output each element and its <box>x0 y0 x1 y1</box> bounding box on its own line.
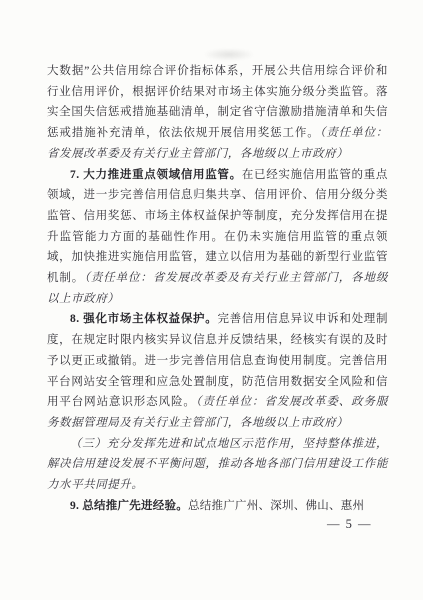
page-number: — 5 — <box>327 517 372 532</box>
paragraph-continuation: 大数据”公共信用综合评价指标体系，开展公共信用综合评价和行业信用评价，根据评价结… <box>47 61 388 165</box>
item-9-heading: 9. 总结推广先进经验。 <box>70 500 188 512</box>
paragraph-item-8: 8. 强化市场主体权益保护。完善信用信息异议申诉和处理制度，在规定时限内核实异议… <box>47 309 388 433</box>
scanned-page: 大数据”公共信用综合评价指标体系，开展公共信用综合评价和行业信用评价，根据评价结… <box>0 0 423 600</box>
body-text-run: 在已经实施信用监管的重点领域，进一步完善信用信息归集共享、信用评价、信用分级分类… <box>47 169 388 285</box>
paragraph-item-7: 7. 大力推进重点领域信用监管。在已经实施信用监管的重点领域，进一步完善信用信息… <box>47 165 388 310</box>
paragraph-item-9: 9. 总结推广先进经验。总结推广广州、深圳、佛山、惠州 <box>47 496 388 517</box>
scan-smudge <box>203 48 255 61</box>
item-8-heading: 8. 强化市场主体权益保护。 <box>70 313 217 325</box>
paragraph-section-3: （三）充分发挥先进和试点地区示范作用，坚持整体推进，解决信用建设发展不平衡问题，… <box>47 434 388 496</box>
responsibility-note: （责任单位：省发展改革委及有关行业主管部门，各地级以上市政府） <box>47 272 388 305</box>
section-3-text: （三）充分发挥先进和试点地区示范作用，坚持整体推进，解决信用建设发展不平衡问题，… <box>47 438 388 491</box>
body-text-run: 完善信用信息异议申诉和处理制度，在规定时限内核实异议信息并反馈结果，经核实有误的… <box>47 313 388 408</box>
document-body: 大数据”公共信用综合评价指标体系，开展公共信用综合评价和行业信用评价，根据评价结… <box>47 61 388 516</box>
item-7-heading: 7. 大力推进重点领域信用监管。 <box>70 169 242 181</box>
body-text-run: 总结推广广州、深圳、佛山、惠州 <box>188 500 364 512</box>
